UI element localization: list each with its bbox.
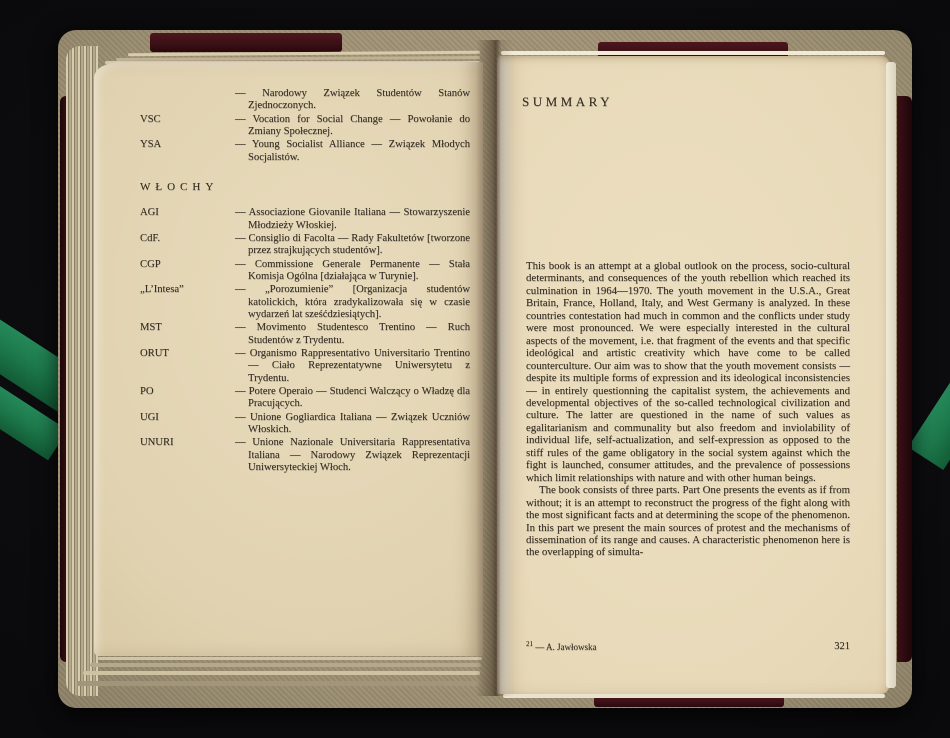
abbreviation-definition: — Unione Nazionale Universitaria Rappres… [235,437,470,474]
abbreviation-term: MST [140,322,235,347]
footnote-author: — A. Jawłowska [535,642,596,652]
abbreviation-definition: — Unione Gogliardica Italiana — Związek … [235,412,470,437]
summary-heading: SUMMARY [522,94,613,110]
page-stack-edge [83,671,480,675]
abbreviation-row: PO — Potere Operaio — Studenci Walczący … [140,386,470,411]
abbreviation-row: CdF. — Consiglio di Facolta — Rady Fakul… [140,233,470,258]
abbreviation-term: YSA [140,139,235,164]
abbreviation-row: MST — Movimento Studentesco Trentino — R… [140,322,470,347]
abbreviation-definition: — Narodowy Związek Studentów Stanów Zjed… [235,88,470,113]
summary-body: This book is an attempt at a global outl… [526,260,850,559]
page-footer: 21 — A. Jawłowska 321 [526,640,850,652]
abbreviation-definition: — „Porozumienie” [Organizacja studentów … [235,284,470,321]
abbreviation-term: CdF. [140,233,235,258]
book-photo-scene: — Narodowy Związek Studentów Stanów Zjed… [0,0,950,738]
abbreviation-row: „L’Intesa” — „Porozumienie” [Organizacja… [140,284,470,321]
abbreviation-definition: — Commissione Generale Permanente — Stał… [235,259,470,284]
cover-board-edge-right [897,96,912,662]
abbreviation-row: — Narodowy Związek Studentów Stanów Zjed… [140,88,470,113]
abbreviation-definition: — Vocation for Social Change — Powołanie… [235,114,470,139]
abbreviation-term: ORUT [140,348,235,385]
abbreviation-definition: — Associazione Giovanile Italiana — Stow… [235,207,470,232]
abbreviation-row: AGI — Associazione Giovanile Italiana — … [140,207,470,232]
abbreviation-row: UNURI — Unione Nazionale Universitaria R… [140,437,470,474]
abbreviation-term: AGI [140,207,235,232]
abbreviation-term: PO [140,386,235,411]
abbreviation-row: VSC — Vocation for Social Change — Powoł… [140,114,470,139]
green-ribbon-right [908,360,950,470]
abbreviation-term: CGP [140,259,235,284]
section-heading-wlochy: WŁOCHY [140,181,470,193]
right-page-top-edge [501,51,885,55]
page-stack-edge [98,657,482,660]
right-page-fore-edge [886,62,896,688]
abbreviation-definition: — Potere Operaio — Studenci Walczący o W… [235,386,470,411]
abbreviation-term: VSC [140,114,235,139]
abbreviation-list: — Narodowy Związek Studentów Stanów Zjed… [140,88,470,475]
abbreviation-row: YSA — Young Socialist Alliance — Związek… [140,139,470,164]
abbreviation-term: „L’Intesa” [140,284,235,321]
abbreviation-term: UNURI [140,437,235,474]
abbreviation-row: CGP — Commissione Generale Permanente — … [140,259,470,284]
right-page-bottom-edge [503,694,885,698]
page-stack-edge [90,663,481,667]
abbreviation-row: ORUT — Organismo Rappresentativo Univers… [140,348,470,385]
gutter-shadow [476,40,514,696]
abbreviation-row: UGI — Unione Gogliardica Italiana — Zwią… [140,412,470,437]
signature-mark: 21 — A. Jawłowska [526,640,597,652]
abbreviation-definition: — Young Socialist Alliance — Związek Mło… [235,139,470,164]
summary-paragraph-2: The book consists of three parts. Part O… [526,484,850,559]
page-number: 321 [834,641,850,652]
right-page: SUMMARY This book is an attempt at a glo… [497,56,889,694]
abbreviation-term [140,88,235,113]
signature-number: 21 [526,640,533,648]
maroon-spine-strip-top-left [150,33,342,52]
abbreviation-definition: — Consiglio di Facolta — Rady Fakultetów… [235,233,470,258]
abbreviation-definition: — Organismo Rappresentativo Universitari… [235,348,470,385]
summary-paragraph-1: This book is an attempt at a global outl… [526,260,850,484]
page-stack-edge [77,681,479,686]
abbreviation-term: UGI [140,412,235,437]
abbreviation-definition: — Movimento Studentesco Trentino — Ruch … [235,322,470,347]
left-page: — Narodowy Związek Studentów Stanów Zjed… [94,62,483,656]
